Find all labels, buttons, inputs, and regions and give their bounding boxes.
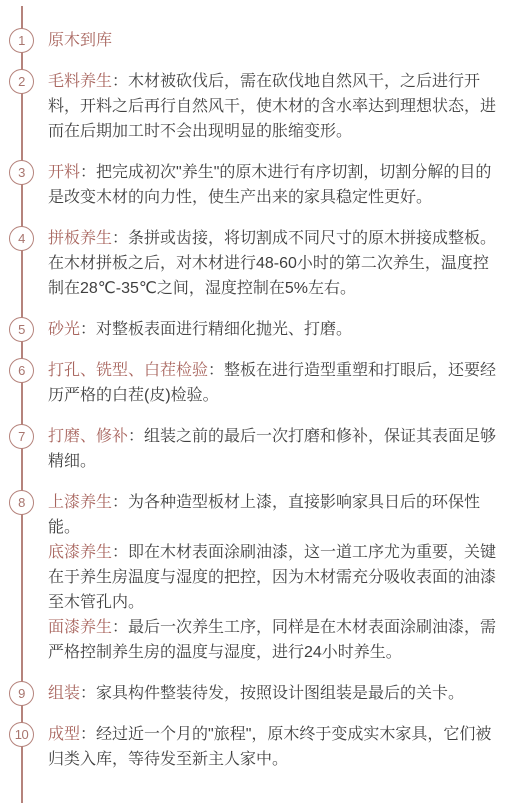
step-number-badge: 4 xyxy=(9,226,34,251)
step-text: 原木到库 xyxy=(48,28,497,53)
timeline-step-5: 5 砂光：对整板表面进行精细化抛光、打磨。 xyxy=(0,317,497,342)
step-text: 成型：经过近一个月的"旅程"，原木终于变成实木家具，它们被归类入库，等待发至新主… xyxy=(48,722,497,772)
step-title: 拼板养生 xyxy=(48,230,112,247)
step-text: 砂光：对整板表面进行精细化抛光、打磨。 xyxy=(48,317,497,342)
step-number-badge: 5 xyxy=(9,317,34,342)
step-body: ：把完成初次"养生"的原木进行有序切割，切割分解的目的是改变木材的向力性，使生产… xyxy=(48,164,491,206)
step-title: 砂光 xyxy=(48,321,80,338)
step-title: 打磨、修补 xyxy=(48,428,128,445)
timeline-step-9: 9 组装：家具构件整装待发，按照设计图组装是最后的关卡。 xyxy=(0,681,497,706)
step-text: 开料：把完成初次"养生"的原木进行有序切割，切割分解的目的是改变木材的向力性，使… xyxy=(48,160,497,210)
process-timeline: 1 原木到库 2 毛料养生：木材被砍伐后，需在砍伐地自然风干，之后进行开料，开料… xyxy=(0,0,518,810)
step-title: 组装 xyxy=(48,685,80,702)
step-text: 组装：家具构件整装待发，按照设计图组装是最后的关卡。 xyxy=(48,681,497,706)
step-number-badge: 6 xyxy=(9,358,34,383)
step-body: ：家具构件整装待发，按照设计图组装是最后的关卡。 xyxy=(80,685,464,702)
step-number: 3 xyxy=(18,166,25,179)
step-number: 9 xyxy=(18,687,25,700)
step-text: 上漆养生：为各种造型板材上漆，直接影响家具日后的环保性能。 xyxy=(48,490,497,540)
step-text: 打孔、铣型、白茬检验：整板在进行造型重塑和打眼后，还要经历严格的白茬(皮)检验。 xyxy=(48,358,497,408)
step-body: ：为各种造型板材上漆，直接影响家具日后的环保性能。 xyxy=(48,494,480,536)
substep-title: 面漆养生 xyxy=(48,619,112,636)
step-number: 1 xyxy=(18,34,25,47)
step-number-badge: 8 xyxy=(9,490,34,515)
timeline-step-1: 1 原木到库 xyxy=(0,28,497,53)
step-number: 6 xyxy=(18,364,25,377)
step-number-badge: 3 xyxy=(9,160,34,185)
step-number: 2 xyxy=(18,75,25,88)
step-number: 4 xyxy=(18,232,25,245)
step-title: 开料 xyxy=(48,164,80,181)
step-number: 10 xyxy=(15,728,28,741)
step-number: 7 xyxy=(18,430,25,443)
step-text: 打磨、修补：组装之前的最后一次打磨和修补，保证其表面足够精细。 xyxy=(48,424,497,474)
step-list: 1 原木到库 2 毛料养生：木材被砍伐后，需在砍伐地自然风干，之后进行开料，开料… xyxy=(0,0,518,772)
step-number-badge: 9 xyxy=(9,681,34,706)
step-text: 拼板养生：条拼或齿接，将切割成不同尺寸的原木拼接成整板。在木材拼板之后，对木材进… xyxy=(48,226,497,301)
timeline-step-10: 10 成型：经过近一个月的"旅程"，原木终于变成实木家具，它们被归类入库，等待发… xyxy=(0,722,497,772)
step-body: ：木材被砍伐后，需在砍伐地自然风干，之后进行开料，开料之后再行自然风干，使木材的… xyxy=(48,73,496,140)
timeline-step-4: 4 拼板养生：条拼或齿接，将切割成不同尺寸的原木拼接成整板。在木材拼板之后，对木… xyxy=(0,226,497,301)
step-text: 毛料养生：木材被砍伐后，需在砍伐地自然风干，之后进行开料，开料之后再行自然风干，… xyxy=(48,69,497,144)
timeline-step-3: 3 开料：把完成初次"养生"的原木进行有序切割，切割分解的目的是改变木材的向力性… xyxy=(0,160,497,210)
step-number: 5 xyxy=(18,323,25,336)
step-title: 打孔、铣型、白茬检验 xyxy=(48,362,208,379)
step-number: 8 xyxy=(18,496,25,509)
step-subsection: 底漆养生：即在木材表面涂刷油漆，这一道工序尤为重要，关键在于养生房温度与湿度的把… xyxy=(48,540,497,615)
step-title: 成型 xyxy=(48,726,80,743)
step-title: 上漆养生 xyxy=(48,494,112,511)
substep-title: 底漆养生 xyxy=(48,544,112,561)
step-body: ：经过近一个月的"旅程"，原木终于变成实木家具，它们被归类入库，等待发至新主人家… xyxy=(48,726,491,768)
step-subsection: 面漆养生：最后一次养生工序，同样是在木材表面涂刷油漆，需严格控制养生房的温度与湿… xyxy=(48,615,497,665)
timeline-step-2: 2 毛料养生：木材被砍伐后，需在砍伐地自然风干，之后进行开料，开料之后再行自然风… xyxy=(0,69,497,144)
substep-body: ：最后一次养生工序，同样是在木材表面涂刷油漆，需严格控制养生房的温度与湿度，进行… xyxy=(48,619,496,661)
timeline-step-7: 7 打磨、修补：组装之前的最后一次打磨和修补，保证其表面足够精细。 xyxy=(0,424,497,474)
substep-body: ：即在木材表面涂刷油漆，这一道工序尤为重要，关键在于养生房温度与湿度的把控，因为… xyxy=(48,544,496,611)
step-number-badge: 7 xyxy=(9,424,34,449)
step-title: 原木到库 xyxy=(48,32,112,49)
step-title: 毛料养生 xyxy=(48,73,112,90)
step-number-badge: 10 xyxy=(9,722,34,747)
step-number-badge: 1 xyxy=(9,28,34,53)
step-body: ：对整板表面进行精细化抛光、打磨。 xyxy=(80,321,352,338)
timeline-step-6: 6 打孔、铣型、白茬检验：整板在进行造型重塑和打眼后，还要经历严格的白茬(皮)检… xyxy=(0,358,497,408)
timeline-step-8: 8 上漆养生：为各种造型板材上漆，直接影响家具日后的环保性能。 底漆养生：即在木… xyxy=(0,490,497,665)
step-number-badge: 2 xyxy=(9,69,34,94)
step-body: ：条拼或齿接，将切割成不同尺寸的原木拼接成整板。在木材拼板之后，对木材进行48-… xyxy=(48,230,496,297)
